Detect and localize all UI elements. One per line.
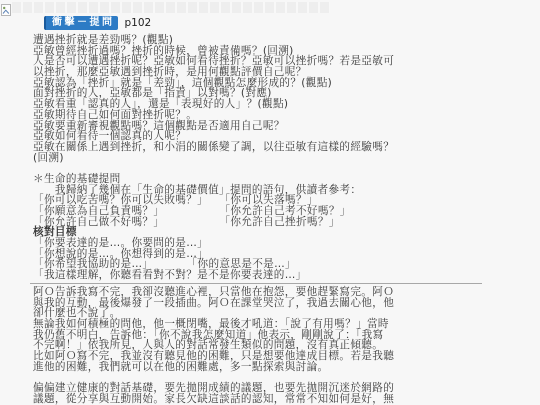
text-line: 「你允許自己做不好嗎？」 「你允許自己挫折嗎？」 [33, 217, 540, 228]
text-line: 議題，從分享與互動開始。家長欠缺這談話的認知，常常不知如何是好，無 [33, 394, 540, 405]
text-line: 進他的困難，我們就可以在他的困難處，多一點探索與討論。 [33, 362, 540, 373]
text-line: (回溯) [33, 153, 540, 164]
section-divider [30, 283, 482, 284]
text-line: 亞敏期待自己如何面對挫折呢？。 [33, 110, 540, 121]
section-badge: 衝擊－提問 [44, 16, 118, 30]
text-line: 無論我如何積極的問他，他一概閉嘴，最後才吼道：「說了有用嗎？」當時 [33, 319, 540, 330]
text-line: 「我這樣理解，你聽看看對不對？是不是你要表達的…」 [33, 270, 540, 281]
ebook-page: { "header": { "badge_label": "衝擊－提問", "p… [0, 0, 540, 405]
text-line: 阿Ｏ告訴我寫不完，我卻沒聽進心裡，只當他在抱怨，要他趕緊寫完。阿Ｏ [33, 287, 540, 298]
page-body-text: 遭遇挫折就是差勁嗎？(觀點)亞敏曾經挫折過嗎？挫折的時候，曾被責備嗎？(回溯)人… [33, 35, 540, 404]
section-header: 衝擊－提問 p102 [44, 16, 151, 30]
broken-image-icon [1, 1, 11, 13]
page-number-ref: p102 [125, 17, 152, 29]
text-line: 亞敏在關係上遇到挫折，和小涓的關係變了調，以往亞敏有這樣的經驗嗎？ [33, 142, 540, 153]
decorative-border-strip [12, 2, 330, 13]
